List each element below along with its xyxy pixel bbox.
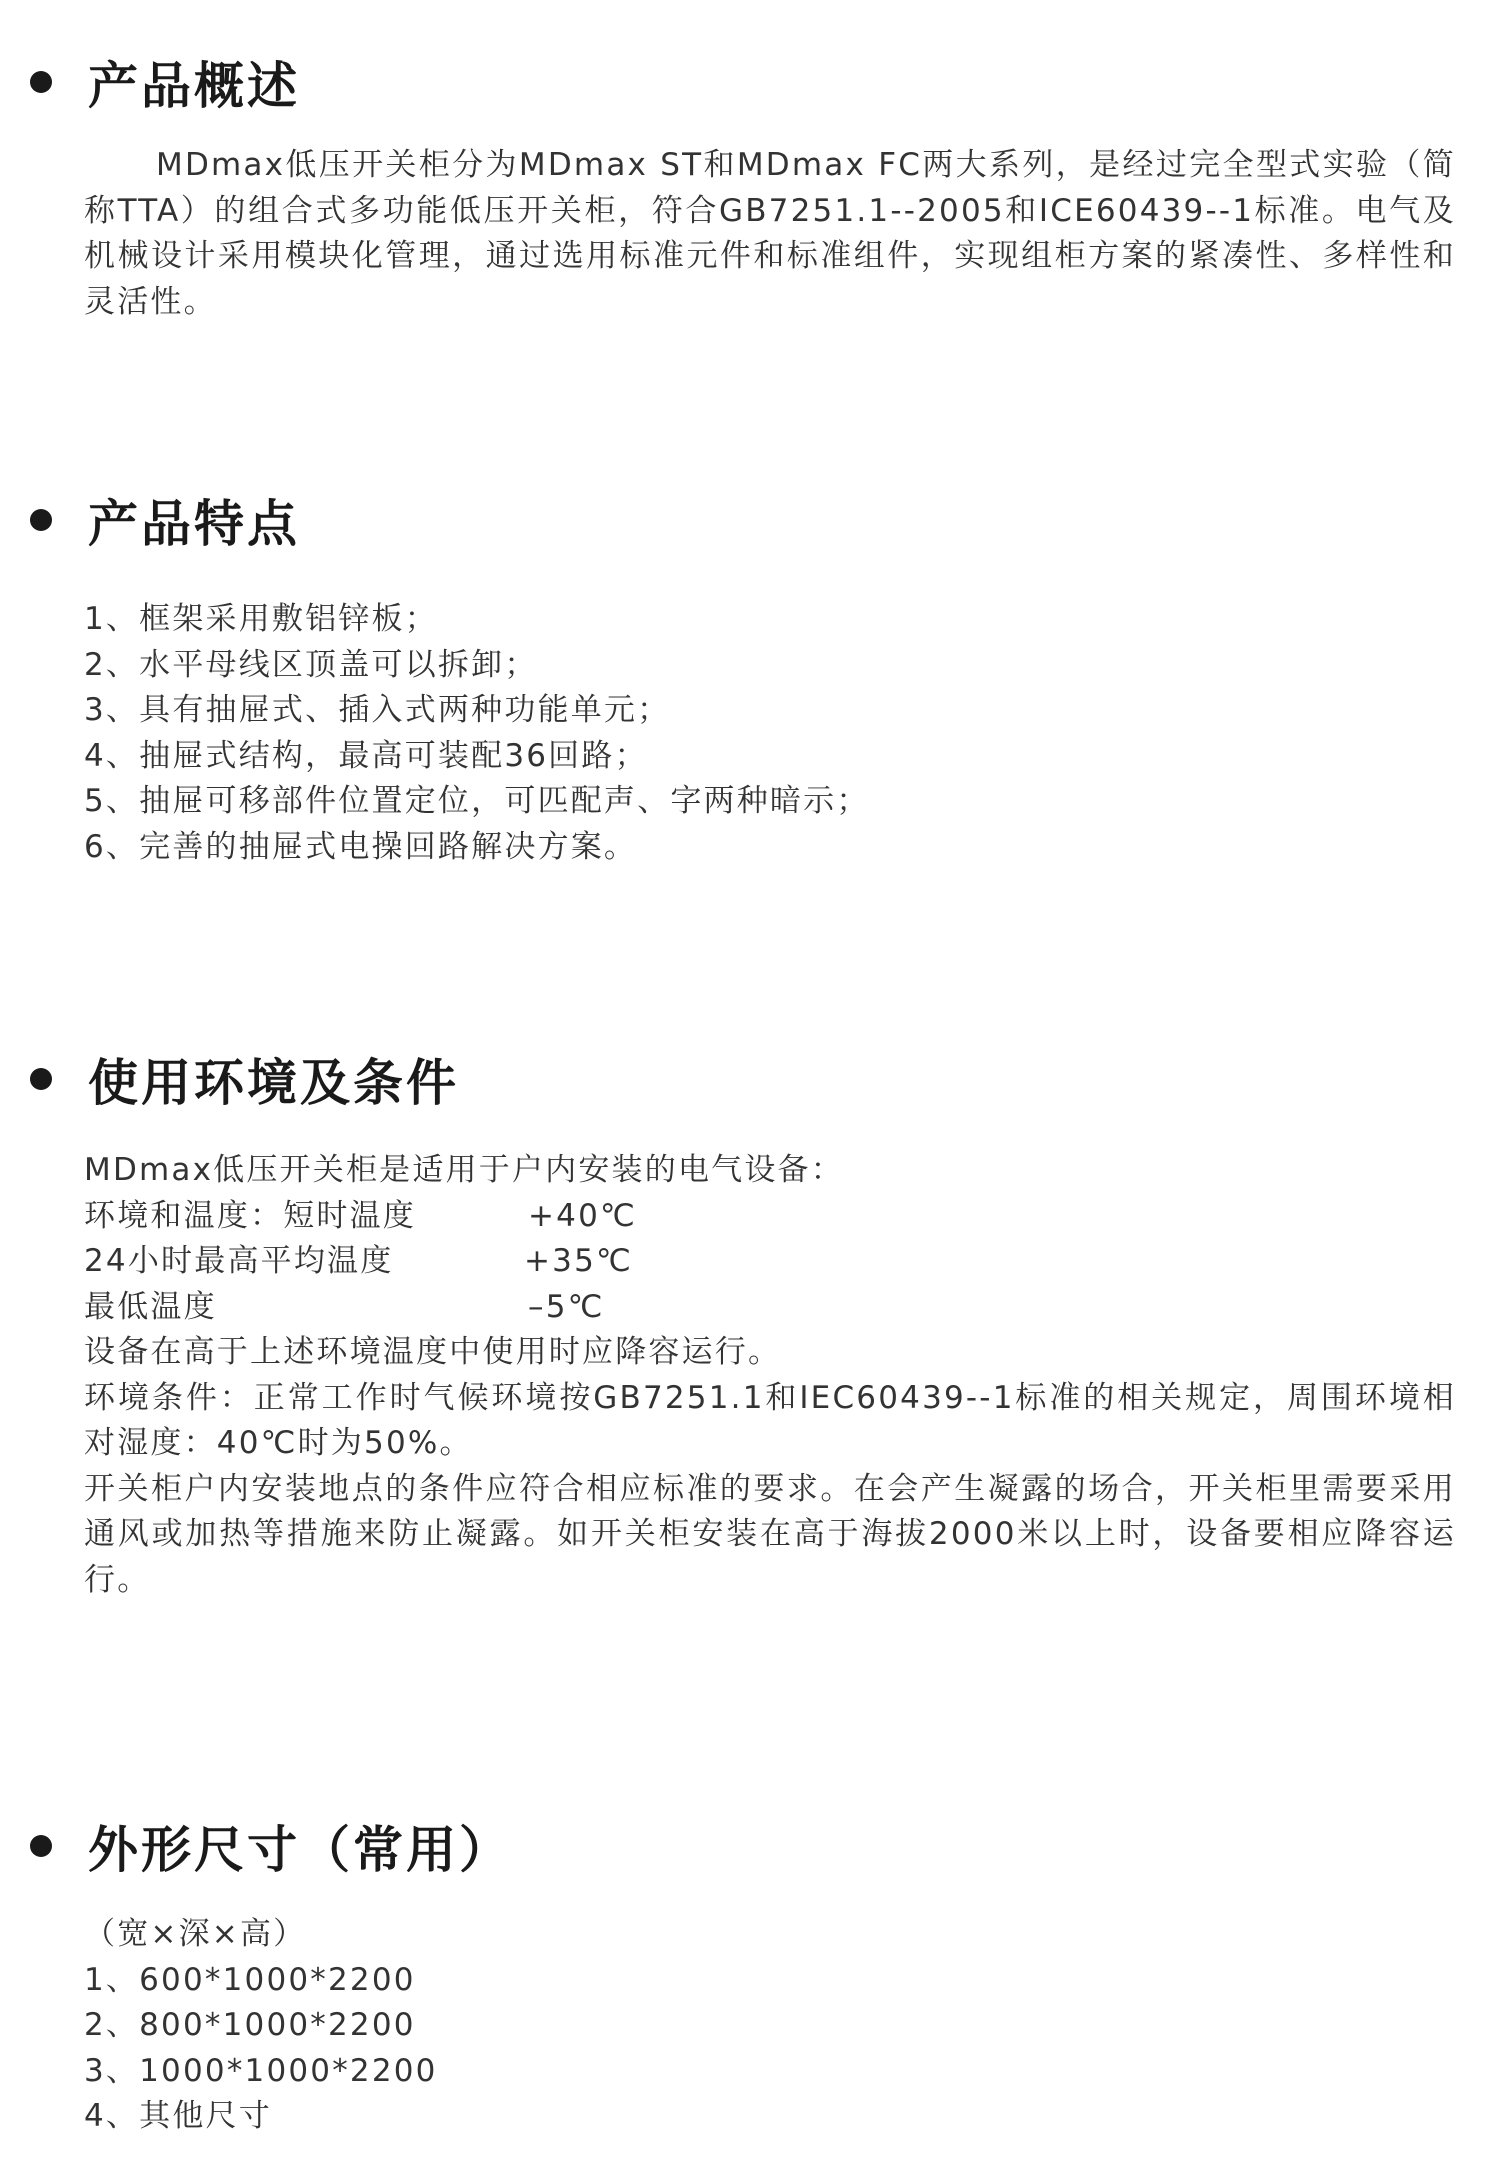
feature-item: 3、具有抽屉式、插入式两种功能单元； bbox=[84, 688, 1456, 734]
dimension-item: 2、800*1000*2200 bbox=[84, 2003, 1456, 2049]
derating-note: 设备在高于上述环境温度中使用时应降容运行。 bbox=[84, 1330, 1456, 1376]
dimension-item: 4、其他尺寸 bbox=[84, 2094, 1456, 2140]
features-heading: 产品特点 bbox=[30, 484, 300, 556]
dimensions-title: 外形尺寸（常用） bbox=[88, 1810, 512, 1882]
environment-title: 使用环境及条件 bbox=[88, 1043, 459, 1115]
temperature-label: 环境和温度：短时温度 bbox=[84, 1194, 524, 1240]
overview-title: 产品概述 bbox=[88, 46, 300, 118]
temperature-value: +35℃ bbox=[524, 1239, 633, 1285]
temperature-value: –5℃ bbox=[528, 1285, 605, 1331]
environment-intro: MDmax低压开关柜是适用于户内安装的电气设备： bbox=[84, 1148, 1456, 1194]
temperature-row: 24小时最高平均温度 +35℃ bbox=[84, 1239, 1456, 1285]
overview-heading: 产品概述 bbox=[30, 46, 300, 118]
environment-body: MDmax低压开关柜是适用于户内安装的电气设备： 环境和温度：短时温度 +40℃… bbox=[84, 1148, 1456, 1603]
bullet-icon bbox=[30, 1835, 52, 1857]
feature-item: 4、抽屉式结构，最高可装配36回路； bbox=[84, 734, 1456, 780]
dimensions-legend: （宽×深×高） bbox=[84, 1912, 1456, 1958]
bullet-icon bbox=[30, 1068, 52, 1090]
temperature-row: 环境和温度：短时温度 +40℃ bbox=[84, 1194, 1456, 1240]
bullet-icon bbox=[30, 71, 52, 93]
dimension-item: 3、1000*1000*2200 bbox=[84, 2049, 1456, 2095]
environment-conditions: 环境条件：正常工作时气候环境按GB7251.1和IEC60439--1标准的相关… bbox=[84, 1376, 1456, 1467]
temperature-row: 最低温度 –5℃ bbox=[84, 1285, 1456, 1331]
feature-item: 6、完善的抽屉式电操回路解决方案。 bbox=[84, 825, 1456, 871]
environment-heading: 使用环境及条件 bbox=[30, 1043, 459, 1115]
features-list: 1、框架采用敷铝锌板； 2、水平母线区顶盖可以拆卸； 3、具有抽屉式、插入式两种… bbox=[84, 597, 1456, 870]
feature-item: 1、框架采用敷铝锌板； bbox=[84, 597, 1456, 643]
temperature-value: +40℃ bbox=[528, 1194, 637, 1240]
feature-item: 5、抽屉可移部件位置定位，可匹配声、字两种暗示； bbox=[84, 779, 1456, 825]
installation-requirements: 开关柜户内安装地点的条件应符合相应标准的要求。在会产生凝露的场合，开关柜里需要采… bbox=[84, 1467, 1456, 1604]
dimensions-list: （宽×深×高） 1、600*1000*2200 2、800*1000*2200 … bbox=[84, 1912, 1456, 2140]
feature-item: 2、水平母线区顶盖可以拆卸； bbox=[84, 643, 1456, 689]
overview-body: MDmax低压开关柜分为MDmax ST和MDmax FC两大系列，是经过完全型… bbox=[84, 143, 1456, 325]
temperature-label: 24小时最高平均温度 bbox=[84, 1239, 524, 1285]
features-title: 产品特点 bbox=[88, 484, 300, 556]
bullet-icon bbox=[30, 509, 52, 531]
overview-paragraph: MDmax低压开关柜分为MDmax ST和MDmax FC两大系列，是经过完全型… bbox=[84, 143, 1456, 325]
dimensions-heading: 外形尺寸（常用） bbox=[30, 1810, 512, 1882]
temperature-label: 最低温度 bbox=[84, 1285, 524, 1331]
dimension-item: 1、600*1000*2200 bbox=[84, 1958, 1456, 2004]
